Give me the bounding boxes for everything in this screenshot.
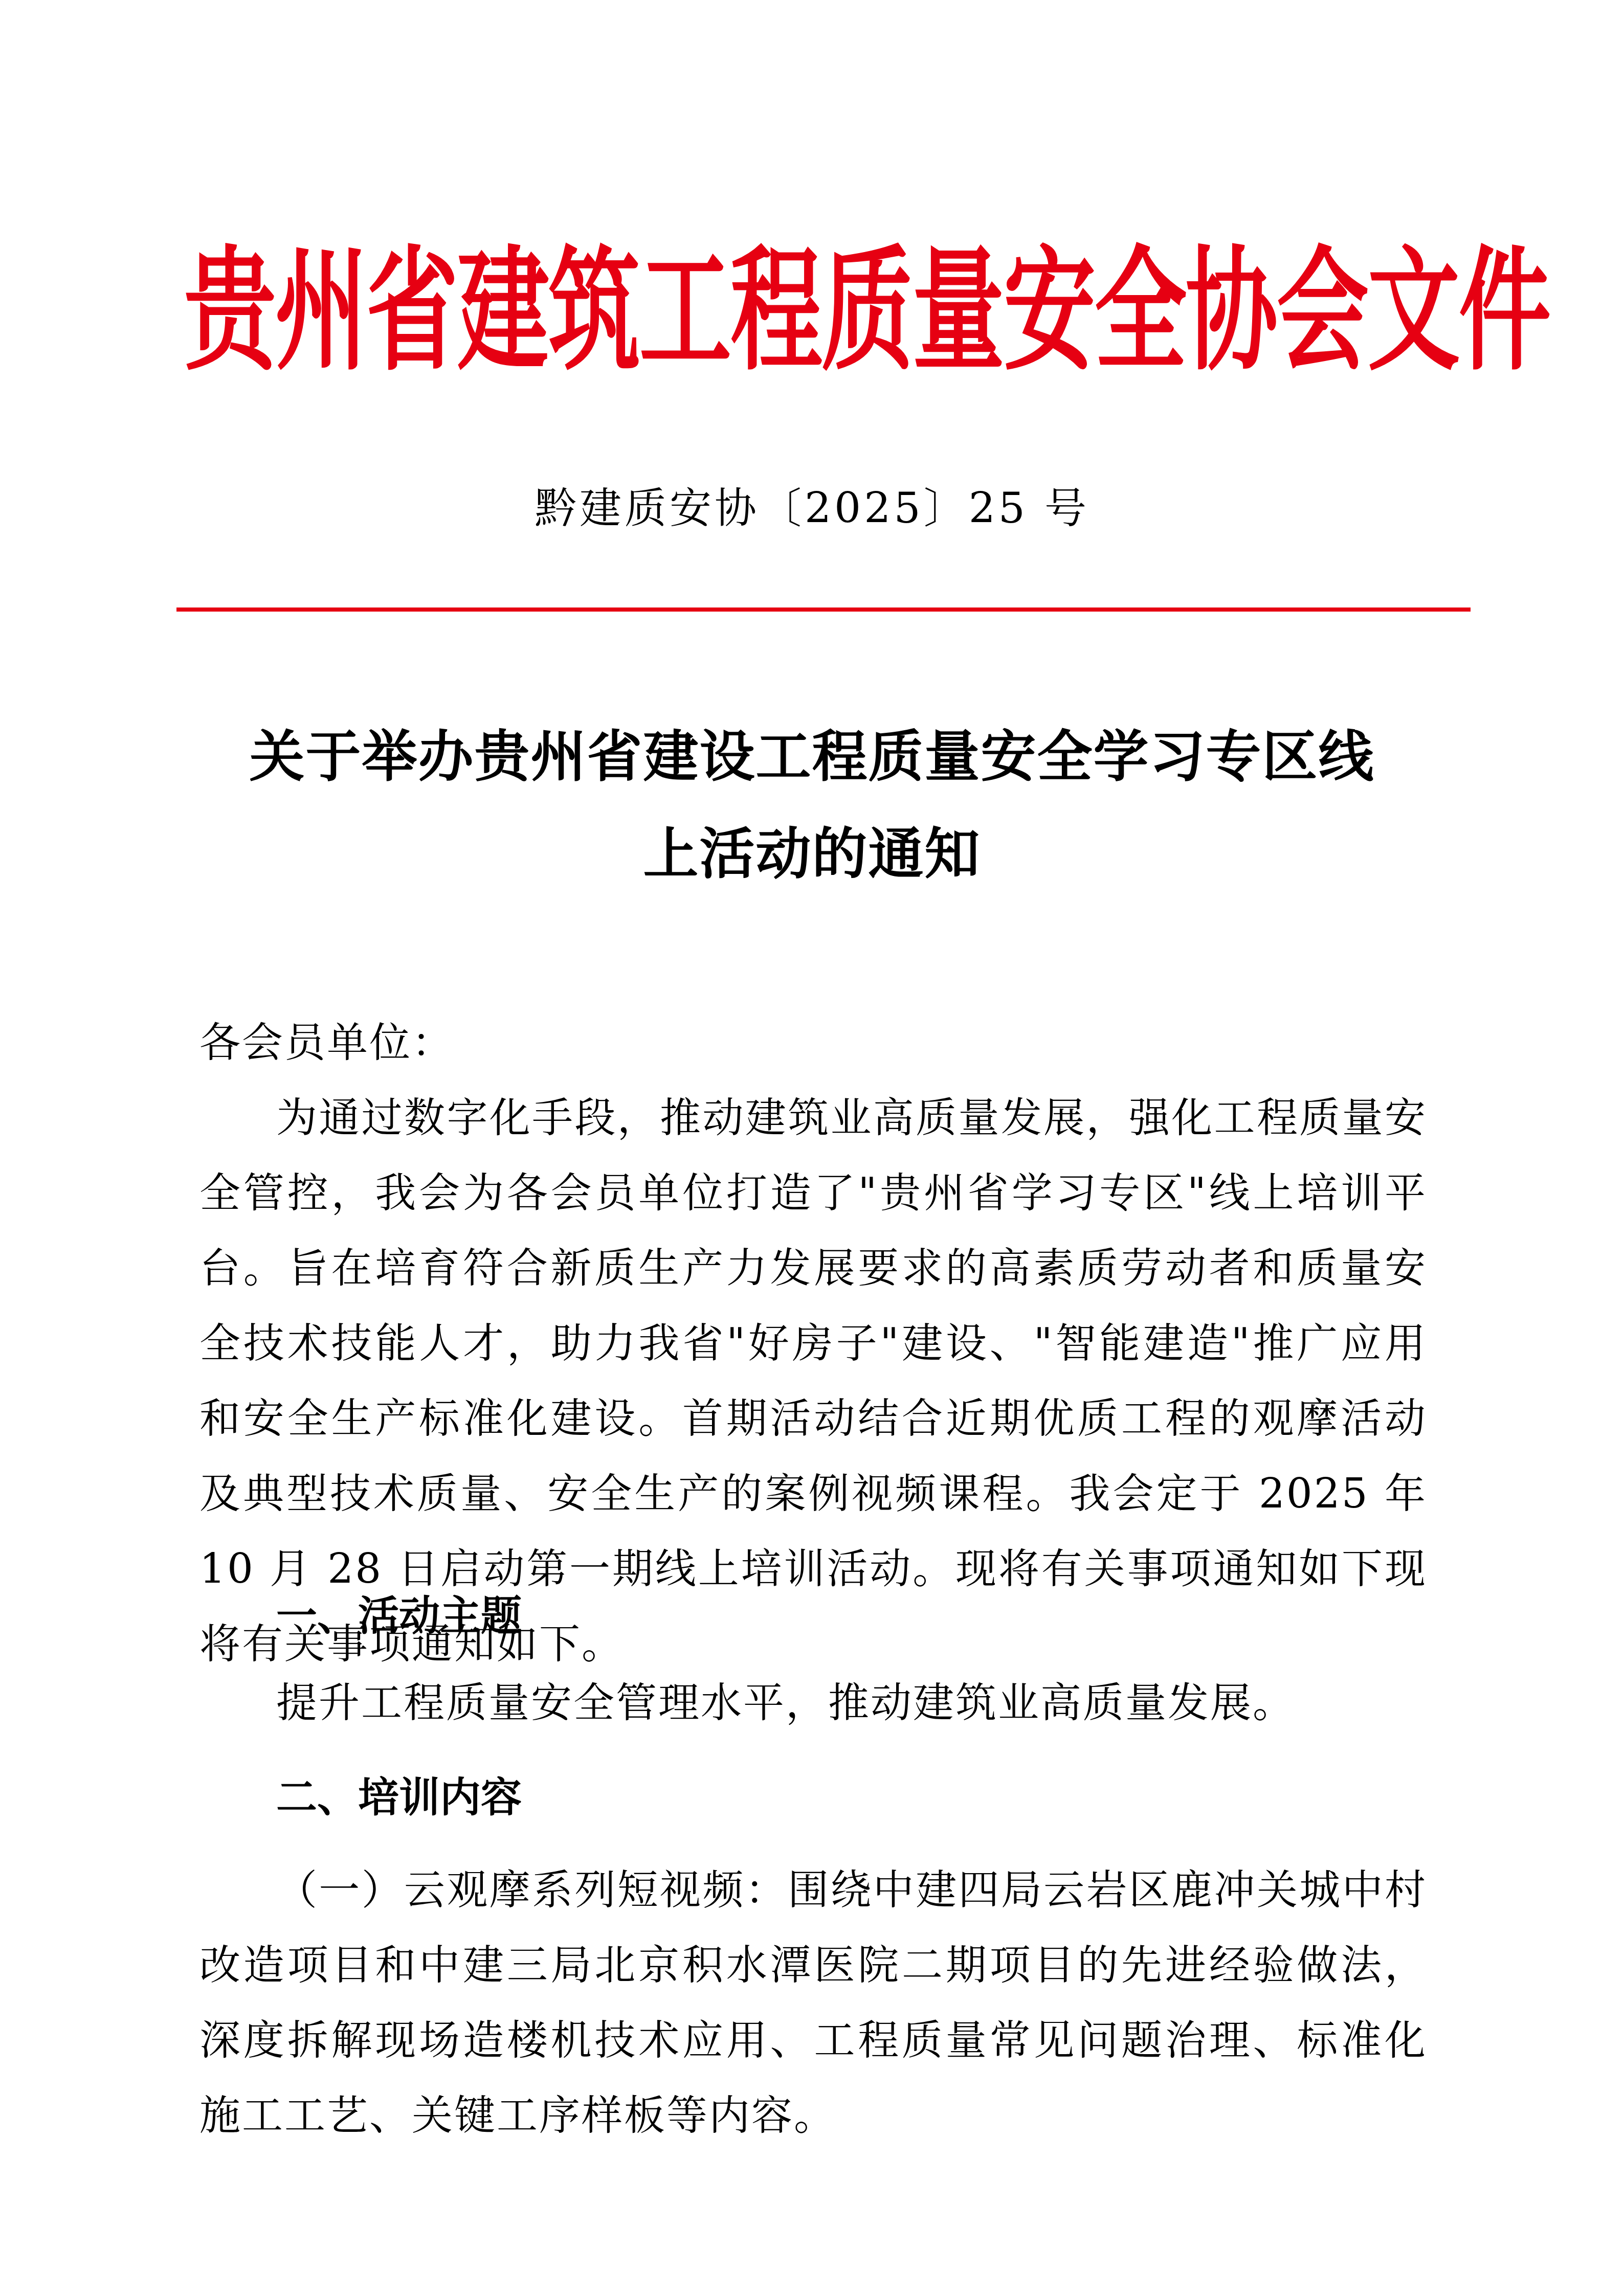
- section-text-theme: 提升工程质量安全管理水平，推动建筑业高质量发展。: [276, 1672, 1295, 1734]
- masthead-char: 量: [913, 208, 1004, 416]
- masthead-char: 件: [1459, 208, 1550, 416]
- notice-title-line-2: 上活动的通知: [0, 818, 1624, 890]
- notice-title-line-1: 关于举办贵州省建设工程质量安全学习专区线: [0, 721, 1624, 793]
- document-page: 贵 州 省 建 筑 工 程 质 量 安 全 协 会 文 件 黔建质安协〔2025…: [0, 0, 1624, 2296]
- salutation: 各会员单位：: [199, 1005, 1427, 1080]
- masthead-title: 贵 州 省 建 筑 工 程 质 量 安 全 协 会 文 件: [184, 240, 1463, 384]
- document-number: 黔建质安协〔2025〕25 号: [0, 478, 1624, 539]
- section-heading-training-content: 二、培训内容: [276, 1767, 522, 1828]
- masthead-char: 程: [730, 208, 821, 416]
- masthead-char: 工: [639, 208, 730, 416]
- masthead-char: 州: [275, 208, 366, 416]
- masthead-char: 省: [366, 208, 457, 416]
- masthead-char: 安: [1004, 208, 1095, 416]
- masthead-char: 会: [1277, 208, 1368, 416]
- masthead-char: 质: [821, 208, 913, 416]
- masthead-char: 全: [1095, 208, 1186, 416]
- masthead-char: 文: [1368, 208, 1459, 416]
- masthead-char: 协: [1186, 208, 1277, 416]
- section-heading-theme: 一、活动主题: [276, 1585, 522, 1647]
- masthead-char: 建: [457, 208, 548, 416]
- section-text-training-content: （一）云观摩系列短视频：围绕中建四局云岩区鹿冲关城中村改造项目和中建三局北京积水…: [199, 1852, 1427, 2153]
- red-divider-line: [176, 607, 1471, 612]
- masthead-char: 筑: [548, 208, 639, 416]
- masthead-char: 贵: [184, 208, 275, 416]
